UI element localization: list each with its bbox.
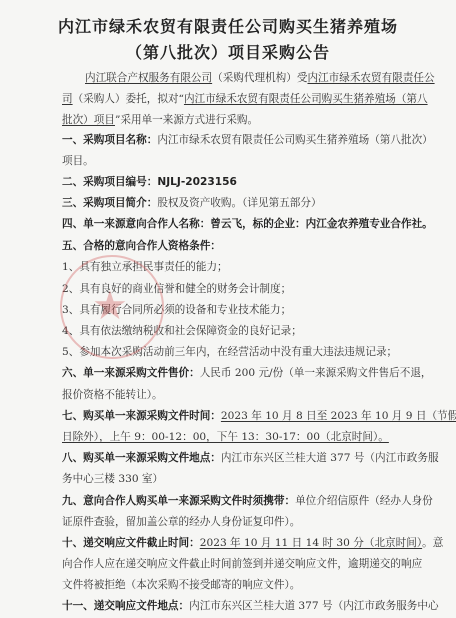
project-name-cont: 批次）项目 [62, 114, 115, 126]
qualification-item: 1、具有独立承担民事责任的能力； [62, 261, 408, 274]
section-3-value: 股权及资产收购。（详见第五部分） [157, 197, 321, 209]
section-7: 七、购买单一来源采购文件时间：2023 年 10 月 8 日至 2023 年 1… [62, 410, 408, 423]
section-10-cont1: 向合作人应在递交响应文件截止时间前签到并递交响应文件，逾期递交的响应 [62, 558, 408, 571]
section-3: 三、采购项目简介：股权及资产收购。（详见第五部分） [62, 197, 408, 210]
qualification-item: 5、参加本次采购活动前三年内，在经营活动中没有重大违法违规记录； [62, 346, 408, 359]
section-11-label: 十一、递交响应文件地点： [62, 600, 189, 612]
section-10: 十、递交响应文件截止时间：2023 年 10 月 11 日 14 时 30 分（… [62, 537, 408, 550]
section-11: 十一、递交响应文件地点：内江市东兴区兰桂大道 377 号（内江市政务服务中心 [62, 600, 408, 613]
section-10-label: 十、递交响应文件截止时间： [62, 537, 200, 549]
intro-line2: 司（采购人）委托，拟对“内江市绿禾农贸有限责任公司购买生猪养殖场（第八 [62, 93, 408, 106]
section-8-cont: 务中心三楼 330 室） [62, 473, 408, 486]
intro-line1: 内江联合产权服务有限公司（采购代理机构）受内江市绿禾农贸有限责任公 [85, 72, 408, 85]
section-6-cont: 报价资格不能转让）。 [62, 389, 408, 402]
section-8: 八、购买单一来源采购文件地点：内江市东兴区兰桂大道 377 号（内江市政务服 [62, 452, 408, 465]
section-9-label: 九、意向合作人购买单一来源采购文件时须携带： [62, 495, 295, 507]
qualification-item: 2、具有良好的商业信誉和健全的财务会计制度； [62, 283, 408, 296]
submission-deadline: 2023 年 10 月 11 日 14 时 30 分（北京时间） [200, 537, 422, 549]
section-3-label: 三、采购项目简介： [62, 197, 157, 209]
intro-line3: 批次）项目”采用单一来源方式进行采购。 [62, 114, 408, 127]
buyer-name: 内江市绿禾农贸有限责任公 [307, 72, 434, 84]
section-8-label: 八、购买单一来源采购文件地点： [62, 452, 221, 464]
document-price: 人民币 200 元/份（单一来源采购文件售后不退， [200, 367, 432, 379]
qualification-item: 3、具有履行合同所必须的设备和专业技术能力； [62, 304, 408, 317]
qualification-item: 4、具有依法缴纳税收和社会保障资金的良好记录； [62, 325, 408, 338]
required-documents: 单位介绍信原件（经办人身份 [295, 495, 433, 507]
document-title-line1: 内江市绿禾农贸有限责任公司购买生猪养殖场 [0, 14, 456, 37]
project-code: NJLJ-2023156 [157, 176, 237, 188]
section-10-tail: 。意 [422, 537, 443, 549]
section-5-label: 五、合格的意向合作人资格条件： [62, 240, 408, 253]
section-1-cont: 项目。 [62, 155, 408, 168]
section-1-label: 一、采购项目名称： [62, 134, 157, 146]
agent-role: （采购代理机构）受 [212, 72, 307, 84]
purchase-period: 2023 年 10 月 8 日至 2023 年 10 月 9 日（节假 [221, 410, 456, 422]
section-7-label: 七、购买单一来源采购文件时间： [62, 410, 221, 422]
section-2: 二、采购项目编号：NJLJ-2023156 [62, 176, 408, 189]
purchase-address: 内江市东兴区兰桂大道 377 号（内江市政务服 [221, 452, 439, 464]
section-4: 四、单一来源意向合作人名称：曾云飞，标的企业：内江金农养殖专业合作社。 [62, 218, 408, 231]
section-9: 九、意向合作人购买单一来源采购文件时须携带：单位介绍信原件（经办人身份 [62, 495, 408, 508]
intro-tail: ”采用单一来源方式进行采购。 [115, 114, 258, 126]
section-10-cont2: 文件将被拒绝（本次采购不接受邮寄的响应文件）。 [62, 579, 408, 592]
section-9-cont: 证原件查验，留加盖公章的经办人身份证复印件）。 [62, 516, 408, 529]
submission-address: 内江市东兴区兰桂大道 377 号（内江市政务服务中心 [189, 600, 438, 612]
document-page: 内江市绿禾农贸有限责任公司购买生猪养殖场 （第八批次）项目采购公告 内江联合产权… [0, 0, 456, 618]
document-title-line2: （第八批次）项目采购公告 [0, 40, 456, 63]
section-1: 一、采购项目名称：内江市绿禾农贸有限责任公司购买生猪养殖场（第八批次） [62, 134, 408, 147]
buyer-name-cont: 司 [62, 93, 73, 105]
section-6: 六、单一来源采购文件售价：人民币 200 元/份（单一来源采购文件售后不退， [62, 367, 408, 380]
section-6-label: 六、单一来源采购文件售价： [62, 367, 200, 379]
project-name: 内江市绿禾农贸有限责任公司购买生猪养殖场（第八 [184, 93, 428, 105]
section-1-value: 内江市绿禾农贸有限责任公司购买生猪养殖场（第八批次） [157, 134, 432, 146]
agent-name: 内江联合产权服务有限公司 [85, 72, 212, 84]
buyer-role: （采购人）委托，拟对“ [73, 93, 184, 105]
section-7-cont: 日除外），上午 9：00-12：00，下午 13：30-17：00（北京时间）。 [62, 431, 408, 444]
section-2-label: 二、采购项目编号： [62, 176, 157, 188]
